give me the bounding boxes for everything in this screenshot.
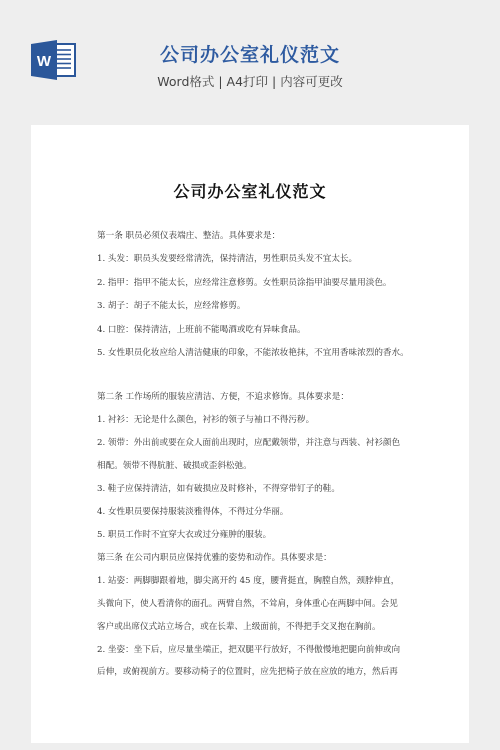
paragraph-line: 4. 女性职员要保持服装淡雅得体，不得过分华丽。 xyxy=(97,506,417,518)
paragraph-line: 4. 口腔：保持清洁，上班前不能喝酒或吃有异味食品。 xyxy=(97,324,417,336)
paragraph-line: 2. 坐姿：坐下后，应尽量坐端正，把双腿平行放好，不得傲慢地把腿向前伸或向 xyxy=(97,644,417,656)
paragraph-line: 头微向下，使人看清你的面孔。两臂自然，不耸肩，身体重心在两脚中间。会见 xyxy=(97,598,417,610)
paragraph-line: 客户或出席仪式站立场合，或在长辈、上级面前，不得把手交叉抱在胸前。 xyxy=(97,621,417,633)
paragraph-line: 3. 胡子：胡子不能太长，应经常修剪。 xyxy=(97,300,417,312)
paragraph-line: 5. 女性职员化妆应给人清洁健康的印象，不能浓妆艳抹，不宜用香味浓烈的香水。 xyxy=(97,347,417,359)
section-heading-2: 第二条 工作场所的服装应清洁、方便，不追求修饰。具体要求是： xyxy=(97,391,417,403)
paragraph-line: 后伸，或俯视前方。要移动椅子的位置时，应先把椅子放在应放的地方，然后再 xyxy=(97,666,417,678)
document-title: 公司办公室礼仪范文 xyxy=(31,179,469,202)
paragraph-line: 1. 头发：职员头发要经常清洗，保持清洁，男性职员头发不宜太长。 xyxy=(97,253,417,265)
paragraph-line: 2. 指甲：指甲不能太长，应经常注意修剪。女性职员涂指甲油要尽量用淡色。 xyxy=(97,277,417,289)
paragraph-line: 1. 衬衫：无论是什么颜色，衬衫的领子与袖口不得污秽。 xyxy=(97,414,417,426)
section-heading-3: 第三条 在公司内职员应保持优雅的姿势和动作。具体要求是： xyxy=(97,552,417,564)
section-heading-1: 第一条 职员必须仪表端庄、整洁。具体要求是： xyxy=(97,230,417,242)
paragraph-line: 3. 鞋子应保持清洁，如有破损应及时修补，不得穿带钉子的鞋。 xyxy=(97,483,417,495)
page-title: 公司办公室礼仪范文 xyxy=(0,43,500,67)
paragraph-line: 5. 职员工作时不宜穿大衣或过分雍肿的服装。 xyxy=(97,529,417,541)
page-subtitle: Word格式 | A4打印 | 内容可更改 xyxy=(0,74,500,90)
paragraph-line: 相配。领带不得肮脏、破损或歪斜松弛。 xyxy=(97,460,417,472)
paragraph-line: 1. 站姿：两脚脚跟着地，脚尖离开约 45 度，腰背挺直，胸膛自然，颈脖伸直， xyxy=(97,575,417,587)
header: W 公司办公室礼仪范文 Word格式 | A4打印 | 内容可更改 xyxy=(0,0,500,120)
paragraph-line: 2. 领带：外出前或要在众人面前出现时，应配戴领带，并注意与西装、衬衫颜色 xyxy=(97,437,417,449)
document-page: 公司办公室礼仪范文 第一条 职员必须仪表端庄、整洁。具体要求是： 1. 头发：职… xyxy=(31,125,469,743)
